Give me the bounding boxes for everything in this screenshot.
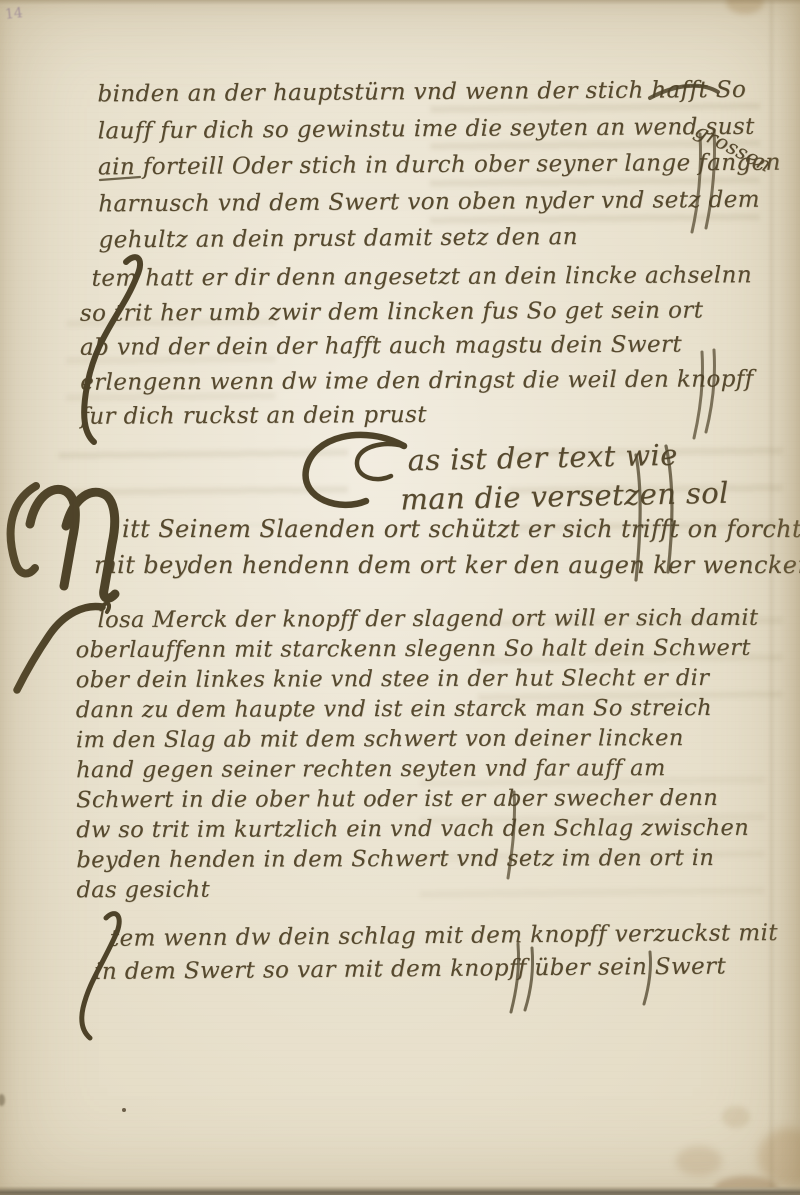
paragraph-item-knopff: tem wenn dw dein schlag mit dem knopff v… <box>94 917 779 989</box>
page-bottom-edge <box>0 1186 800 1195</box>
text-line: ain forteill Oder stich in durch ober se… <box>98 145 781 186</box>
text-line: hand gegen seiner rechten seyten vnd far… <box>76 753 759 785</box>
text-line: ober dein linkes knie vnd stee in der hu… <box>76 663 759 695</box>
stain <box>722 1106 750 1128</box>
initial-d-swash <box>306 435 404 505</box>
text-line: lauff fur dich so gewinstu ime die seyte… <box>98 108 781 149</box>
text-line: so trit her umb zwir dem lincken fus So … <box>80 293 754 331</box>
text-line: losa Merck der knopff der slagend ort wi… <box>75 603 758 635</box>
text-line: in dem Swert so var mit dem knopff über … <box>94 950 778 989</box>
stain <box>676 1146 722 1176</box>
text-line: tem hatt er dir denn angesetzt an dein l… <box>80 258 754 296</box>
text-line: oberlauffenn mit starckenn slegenn So ha… <box>76 633 759 665</box>
initial-m-leadin <box>11 486 36 574</box>
manuscript-page: 14 binden an der hauptstürn vnd wenn der… <box>0 0 800 1195</box>
text-line: fur dich ruckst an dein prust <box>80 396 754 434</box>
text-line: mit beyden hendenn dem ort ker den augen… <box>94 548 800 584</box>
page-right-edge <box>772 0 800 1195</box>
paragraph-glosa: losa Merck der knopff der slagend ort wi… <box>75 603 759 905</box>
folio-stamp: 14 <box>4 5 23 23</box>
initial-d-inner <box>357 444 404 479</box>
page-top-edge <box>0 0 800 5</box>
text-line: binden an der hauptstürn vnd wenn der st… <box>97 72 780 113</box>
speck <box>0 1094 5 1106</box>
paragraph-thrust-advice: binden an der hauptstürn vnd wenn der st… <box>97 72 781 259</box>
text-line: im den Slag ab mit dem schwert von deine… <box>76 723 759 755</box>
paragraph-item-ansetzen: tem hatt er dir denn angesetzt an dein l… <box>80 258 754 434</box>
text-line: itt Seinem Slaenden ort schützt er sich … <box>94 512 800 548</box>
text-line: gehultz an dein prust damit setz den an <box>98 218 781 259</box>
section-heading-versetzen: as ist der text wie man die versetzen so… <box>407 435 729 520</box>
text-line: das gesicht <box>76 873 759 905</box>
text-line: dw so trit im kurtzlich ein vnd vach den… <box>76 813 759 845</box>
text-line: harnusch vnd dem Swert von oben nyder vn… <box>98 181 781 222</box>
speck <box>122 1108 126 1112</box>
text-line: erlengenn wenn dw ime den dringst die we… <box>80 362 754 400</box>
heading-line: as ist der text wie <box>407 435 728 481</box>
text-line: dann zu dem haupte vnd ist ein starck ma… <box>76 693 759 725</box>
text-line: ab vnd der dein der hafft auch magstu de… <box>80 327 754 365</box>
text-line: Schwert in die ober hut oder ist er aber… <box>76 783 759 815</box>
text-line: beyden henden in dem Schwert vnd setz im… <box>76 843 759 875</box>
verse-zettel: itt Seinem Slaenden ort schützt er sich … <box>94 512 800 583</box>
initial-m-arch <box>30 489 75 586</box>
